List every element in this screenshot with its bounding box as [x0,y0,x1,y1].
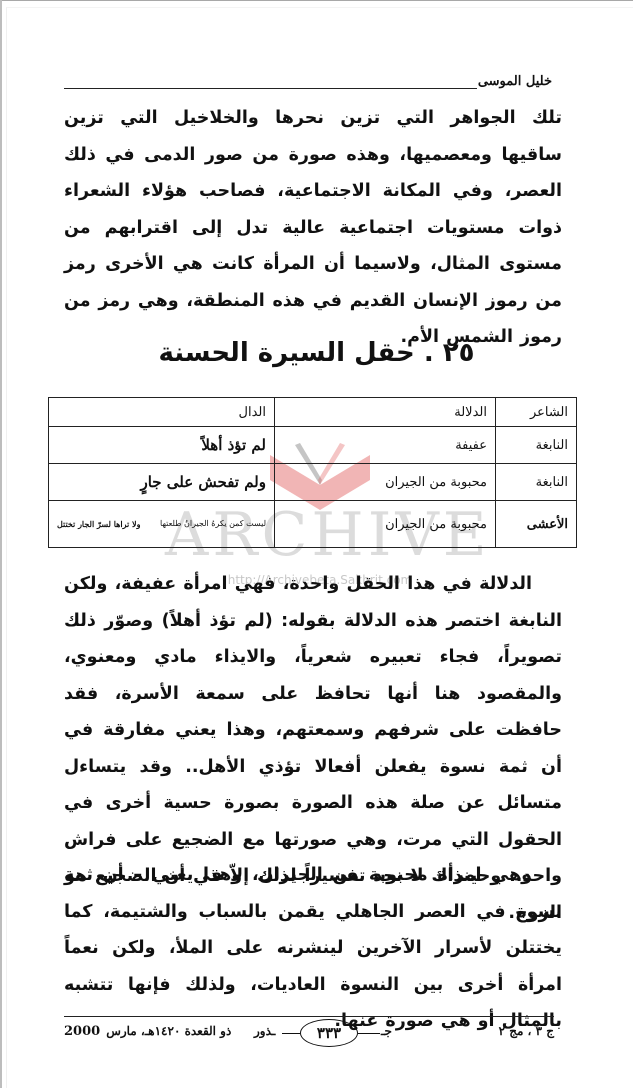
volume-issue: ج ٣ ، مج ٢ [499,1024,554,1038]
author-name: خليل الموسى [478,74,552,89]
header-rule [64,88,477,89]
running-head: خليل الموسى [64,74,552,96]
page-frame-left [0,0,2,1088]
verse-first-hemistich: ليست كمن يكرهُ الجيرانُ طلعتها [160,519,266,529]
table-row: النابغة محبوبة من الجيران ولم تفحش على ج… [49,464,577,501]
page-frame-top [0,0,633,1]
issue-date: ذو القعدة ١٤٢٠هـ، مارس2000 [64,1024,231,1039]
mark-line-right [358,1033,380,1034]
table-row: النابغة عفيفة لم تؤذ أهلاً [49,427,577,464]
cell-signifier: لم تؤذ أهلاً [49,427,275,464]
cell-signified: محبوبة من الجيران [275,464,496,501]
cell-signified: محبوبة من الجيران [275,501,496,548]
verse-second-hemistich: ولا تراها لسرّ الجار تختتل [57,519,140,529]
header-poet: الشاعر [496,398,577,427]
header-signifier: الدال [49,398,275,427]
semantic-field-table: الشاعر الدلالة الدال النابغة عفيفة لم تؤ… [48,397,577,548]
cell-poet: الأعشى [496,501,577,548]
table-row: الأعشى محبوبة من الجيران ليست كمن يكرهُ … [49,501,577,548]
cell-signifier: ولم تفحش على جارٍ [49,464,275,501]
magazine-name-right: جـ [381,1024,392,1038]
magazine-page-mark: جـ ٣٣٣ ـذور [224,1020,404,1046]
table-header-row: الشاعر الدلالة الدال [49,398,577,427]
cell-poet: النابغة [496,464,577,501]
issue-year: 2000 [64,1024,100,1039]
issue-date-text: ذو القعدة ١٤٢٠هـ، مارس [106,1024,231,1038]
footer-rule [64,1016,554,1017]
page-footer: ج ٣ ، مج ٢ جـ ٣٣٣ ـذور ذو القعدة ١٤٢٠هـ،… [64,1020,554,1046]
cell-signified: عفيفة [275,427,496,464]
paragraph-3: وهي امرأة محبوبة من الجيران، وهذا يعني –… [64,857,562,1040]
section-title: ٢٥ . حقل السيرة الحسنة [0,338,633,368]
magazine-name-left: ـذور [254,1024,275,1038]
cell-signifier-verse: ليست كمن يكرهُ الجيرانُ طلعتها ولا تراها… [49,501,275,548]
paragraph-3-text: وهي امرأة محبوبة من الجيران، وهذا يعني –… [64,865,562,1031]
mark-line-left [282,1033,300,1034]
header-signified: الدلالة [275,398,496,427]
page-number: ٣٣٣ [300,1019,358,1047]
cell-poet: النابغة [496,427,577,464]
paragraph-1: تلك الجواهر التي تزين نحرها والخلاخيل ال… [64,100,562,356]
